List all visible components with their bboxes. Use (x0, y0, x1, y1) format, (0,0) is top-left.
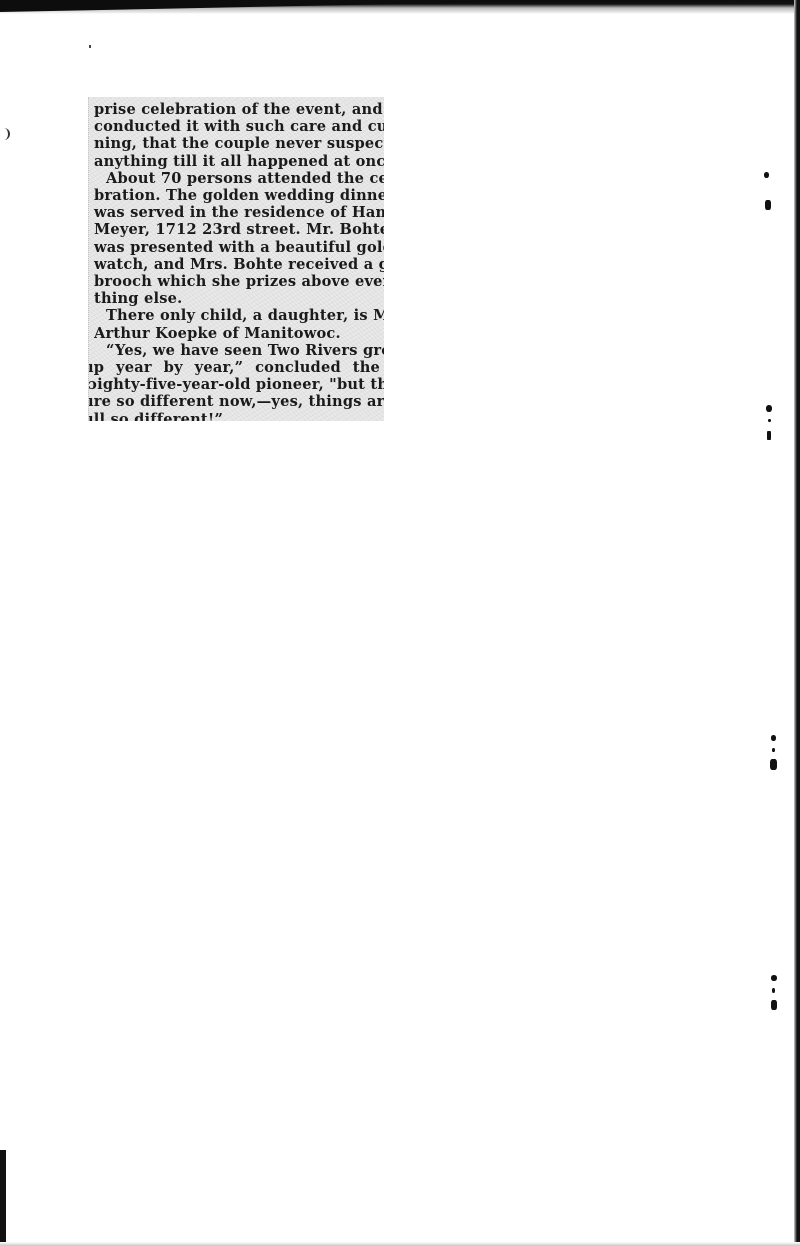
text-line: About 70 persons attended the cele- (94, 170, 380, 187)
scan-edge-top (0, 0, 800, 14)
text-line: ning, that the couple never suspected (94, 135, 380, 152)
text-line: brooch which she prizes above every- (94, 273, 380, 290)
text-line: was presented with a beautiful gold (94, 239, 380, 256)
speck (89, 45, 91, 48)
page-edge-mark (0, 128, 10, 140)
text-line: watch, and Mrs. Bohte received a gold (94, 256, 380, 273)
text-line: conducted it with such care and cun- (94, 118, 380, 135)
scan-edge-right (794, 0, 800, 1246)
text-line: ıp year by year,” concluded the (88, 359, 380, 376)
text-line: was served in the residence of Hans (94, 204, 380, 221)
text-line: thing else. (94, 290, 380, 307)
text-line: Arthur Koepke of Manitowoc. (94, 325, 380, 342)
scan-edge-left (0, 1150, 6, 1246)
text-line: Meyer, 1712 23rd street. Mr. Bohte (94, 221, 380, 238)
text-line: bration. The golden wedding dinner (94, 187, 380, 204)
text-line: prise celebration of the event, and (94, 101, 380, 118)
scan-edge-bottom (0, 1242, 800, 1246)
newspaper-clipping: prise celebration of the event, and cond… (88, 97, 384, 421)
text-line: ıll so different!” (88, 411, 380, 421)
text-line: “Yes, we have seen Two Rivers grow (94, 342, 380, 359)
text-line: ıre so different now,—yes, things are (88, 393, 380, 410)
text-line: anything till it all happened at once. (94, 153, 380, 170)
text-line: ɔighty-five-year-old pioneer, "but thing (88, 376, 380, 393)
text-line: There only child, a daughter, is Mrs. (94, 307, 380, 324)
